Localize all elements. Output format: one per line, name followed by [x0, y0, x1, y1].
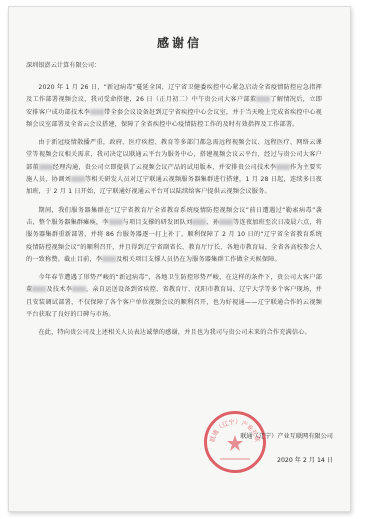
paragraph-text: 及技术李	[46, 286, 72, 293]
redacted-name	[90, 109, 104, 115]
paragraph-4: 今年春节遭遇了形势严峻的“新冠病毒”，各地卫生防控形势严峻，在这样的条件下，贵公…	[26, 272, 322, 321]
paragraph-1: 2020 年 1 月 26 日，“新冠病毒”蔓延全国，辽宁省卫健委疾控中心紧急启…	[26, 82, 322, 131]
paragraph-2: 由于新冠疫情散播严重，政府、医疗疾控、教育等多部门都急需远程视频会议、远程医疗、…	[26, 137, 322, 198]
redacted-name	[71, 176, 85, 182]
signature-block: 联通（辽宁）产业互联网有限公司 2020 年 2 月 14 日	[203, 431, 333, 479]
redacted-name	[109, 219, 123, 225]
paragraph-3: 期间，我们服务器集群在“辽宁省教育厅全省教育系统疫情防控视频会议”前日遭遇过“勒…	[26, 205, 322, 266]
redacted-name	[219, 219, 233, 225]
redacted-name	[72, 286, 86, 292]
paragraph-text: 经理沟通，贵公司立即提供了云视频会议产品的试用版本，并安排贵公司技术李	[53, 164, 276, 171]
redacted-name	[276, 164, 290, 170]
letter-title: 感谢信	[9, 34, 350, 51]
paragraph-text: 与项目支撑的研发团队刘	[123, 219, 193, 226]
signing-company: 联通（辽宁）产业互联网有限公司	[203, 431, 333, 440]
signing-date: 2020 年 2 月 14 日	[203, 455, 333, 464]
thank-you-letter-page: 感谢信 深圳银澎云计算有限公司： 2020 年 1 月 26 日，“新冠病毒”蔓…	[8, 6, 351, 512]
letter-salutation: 深圳银澎云计算有限公司：	[26, 60, 100, 69]
redacted-name	[192, 219, 206, 225]
redacted-name	[39, 164, 53, 170]
paragraph-text: 、孙	[206, 219, 219, 226]
paragraph-5: 在此，特向贵公司及上述相关人员表达诚挚的感谢，并且也为我司与贵公司未来的合作充满…	[26, 327, 322, 339]
paragraph-text: 在此，特向贵公司及上述相关人员表达诚挚的感谢，并且也为我司与贵公司未来的合作充满…	[38, 329, 311, 336]
redacted-name	[256, 96, 270, 102]
redacted-name	[102, 256, 116, 262]
letter-body: 2020 年 1 月 26 日，“新冠病毒”蔓延全国，辽宁省卫健委疾控中心紧急启…	[26, 82, 322, 346]
paragraph-text: 及相关项目支撑人员仍在为服务器集群工作做全天候保障。	[116, 256, 281, 263]
redacted-name	[32, 286, 46, 292]
